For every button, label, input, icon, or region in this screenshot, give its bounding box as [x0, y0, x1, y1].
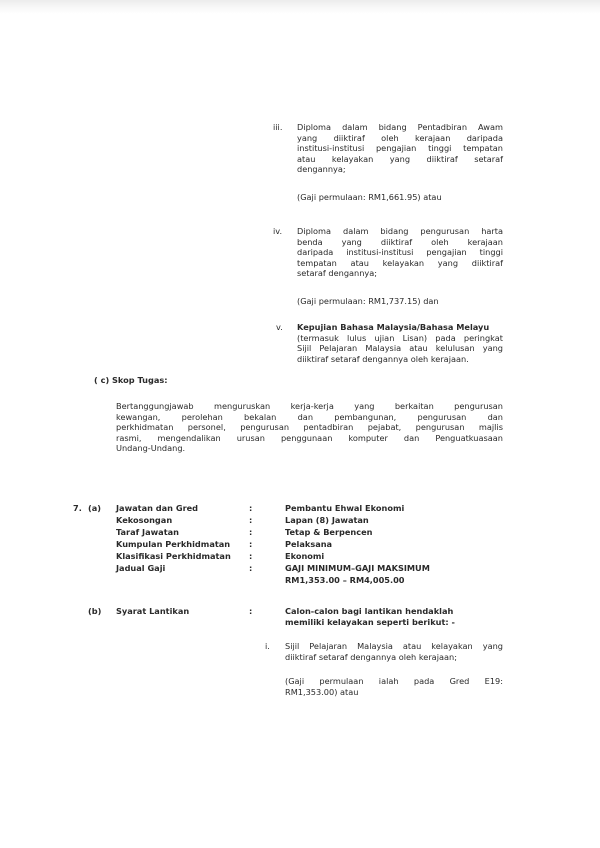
text-line: diiktiraf setaraf dengannya oleh kerajaa… [297, 354, 503, 365]
text-line: Undang-Undang. [116, 443, 503, 454]
section-number: 7. [73, 503, 82, 514]
conditions-intro: Calon-calon bagi lantikan hendaklah memi… [285, 606, 455, 627]
text-line: benda yang diiktiraf oleh kerajaan [297, 237, 503, 248]
text-line: daripada institusi-institusi pengajian t… [297, 247, 503, 258]
row-colon: : [249, 539, 252, 550]
item-numeral: iii. [273, 122, 282, 133]
text-line: atau kelayakan yang diiktiraf setaraf [297, 154, 503, 165]
row-colon: : [249, 563, 252, 574]
text-line: Diploma dalam bidang Pentadbiran Awam [297, 122, 503, 133]
item-text: Diploma dalam bidang pengurusan harta be… [297, 226, 503, 279]
salary-range: RM1,353.00 – RM4,005.00 [285, 575, 405, 586]
row-label: Jadual Gaji [116, 563, 165, 574]
text-line: yang diiktiraf oleh kerajaan daripada [297, 133, 503, 144]
item-text: Sijil Pelajaran Malaysia atau kelayakan … [285, 641, 503, 662]
row-label: Kekosongan [116, 515, 172, 526]
row-colon: : [249, 515, 252, 526]
row-value: Pelaksana [285, 539, 332, 550]
row-label: Syarat Lantikan [116, 606, 189, 617]
text-line: diiktiraf setaraf dengannya oleh kerajaa… [285, 652, 503, 663]
text-line: memiliki kelayakan seperti berikut: - [285, 617, 455, 628]
text-line: (Gaji permulaan ialah pada Gred E19: [285, 676, 503, 687]
item-text: Diploma dalam bidang Pentadbiran Awam ya… [297, 122, 503, 175]
item-text: Kepujian Bahasa Malaysia/Bahasa Melayu (… [297, 322, 503, 364]
row-value: Tetap & Berpencen [285, 527, 373, 538]
text-line: Calon-calon bagi lantikan hendaklah [285, 606, 455, 617]
row-colon: : [249, 503, 252, 514]
row-value: Ekonomi [285, 551, 324, 562]
salary-note: (Gaji permulaan: RM1,737.15) dan [297, 296, 439, 307]
text-line: Bertanggungjawab menguruskan kerja-kerja… [116, 401, 503, 412]
scan-edge-shading [0, 0, 600, 14]
text-line: setaraf dengannya; [297, 268, 503, 279]
scope-paragraph: Bertanggungjawab menguruskan kerja-kerja… [116, 401, 503, 454]
row-label: Kumpulan Perkhidmatan [116, 539, 230, 550]
text-line: Sijil Pelajaran Malaysia atau kelayakan … [285, 641, 503, 652]
bold-line: Kepujian Bahasa Malaysia/Bahasa Melayu [297, 322, 503, 333]
part-letter: (a) [88, 503, 101, 514]
text-line: RM1,353.00) atau [285, 687, 503, 698]
text-line: (termasuk lulus ujian Lisan) pada pering… [297, 333, 503, 344]
row-value: Pembantu Ehwal Ekonomi [285, 503, 404, 514]
text-line: Sijil Pelajaran Malaysia atau kelulusan … [297, 343, 503, 354]
row-colon: : [249, 606, 252, 617]
row-value: Lapan (8) Jawatan [285, 515, 369, 526]
text-line: tempatan atau kelayakan yang diiktiraf [297, 258, 503, 269]
row-colon: : [249, 527, 252, 538]
row-label: Jawatan dan Gred [116, 503, 198, 514]
item-numeral: i. [265, 641, 270, 652]
item-numeral: v. [276, 322, 283, 333]
row-colon: : [249, 551, 252, 562]
salary-note: (Gaji permulaan: RM1,661.95) atau [297, 192, 442, 203]
text-line: kewangan, perolehan bekalan dan pembangu… [116, 412, 503, 423]
text-line: Diploma dalam bidang pengurusan harta [297, 226, 503, 237]
text-line: rasmi, mengendalikan urusan penggunaan k… [116, 433, 503, 444]
row-label: Klasifikasi Perkhidmatan [116, 551, 231, 562]
text-line: institusi-institusi pengajian tinggi tem… [297, 143, 503, 154]
row-label: Taraf Jawatan [116, 527, 179, 538]
text-line: dengannya; [297, 164, 503, 175]
text-line: perkhidmatan personel, pengurusan pentad… [116, 422, 503, 433]
item-numeral: iv. [273, 226, 282, 237]
part-letter: (b) [88, 606, 101, 617]
salary-note: (Gaji permulaan ialah pada Gred E19: RM1… [285, 676, 503, 697]
scope-heading: ( c) Skop Tugas: [94, 375, 168, 386]
row-value: GAJI MINIMUM–GAJI MAKSIMUM [285, 563, 430, 574]
